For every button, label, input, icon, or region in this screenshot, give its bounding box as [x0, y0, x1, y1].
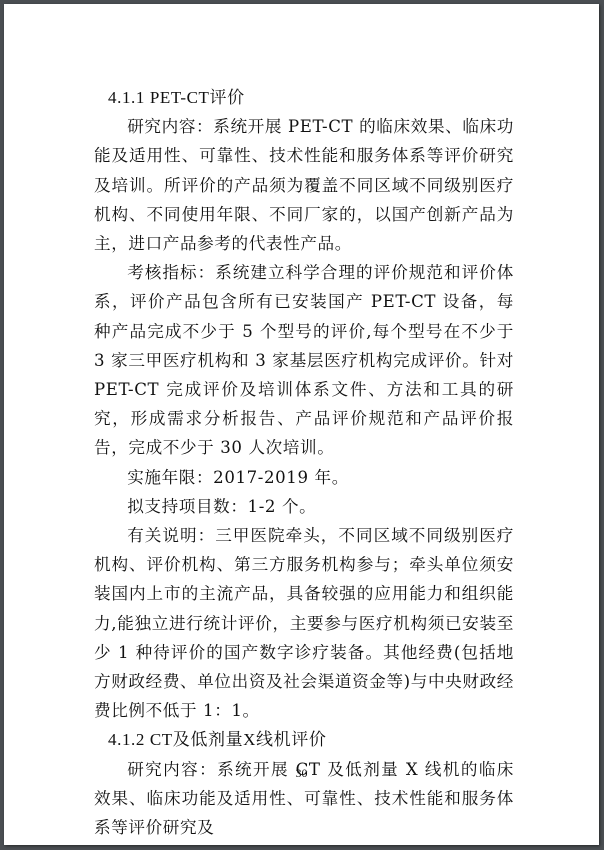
page-content: 4.1.1 PET-CT评价 研究内容：系统开展 PET-CT 的临床效果、临床…: [94, 83, 514, 842]
document-page: 4.1.1 PET-CT评价 研究内容：系统开展 PET-CT 的临床效果、临床…: [4, 4, 599, 845]
paragraph-project-count: 拟支持项目数：1-2 个。: [94, 492, 514, 521]
section-heading-4-1-2: 4.1.2 CT及低剂量X线机评价: [94, 725, 514, 754]
paragraph-implementation-period: 实施年限：2017-2019 年。: [94, 463, 514, 492]
section-heading-4-1-1: 4.1.1 PET-CT评价: [94, 83, 514, 112]
paragraph-research-content: 研究内容：系统开展 PET-CT 的临床效果、临床功能及适用性、可靠性、技术性能…: [94, 112, 514, 258]
page-number: 30: [4, 766, 599, 781]
paragraph-assessment-indicators: 考核指标：系统建立科学合理的评价规范和评价体系，评价产品包含所有已安装国产 PE…: [94, 258, 514, 462]
paragraph-notes: 有关说明：三甲医院牵头，不同区域不同级别医疗机构、评价机构、第三方服务机构参与；…: [94, 521, 514, 725]
